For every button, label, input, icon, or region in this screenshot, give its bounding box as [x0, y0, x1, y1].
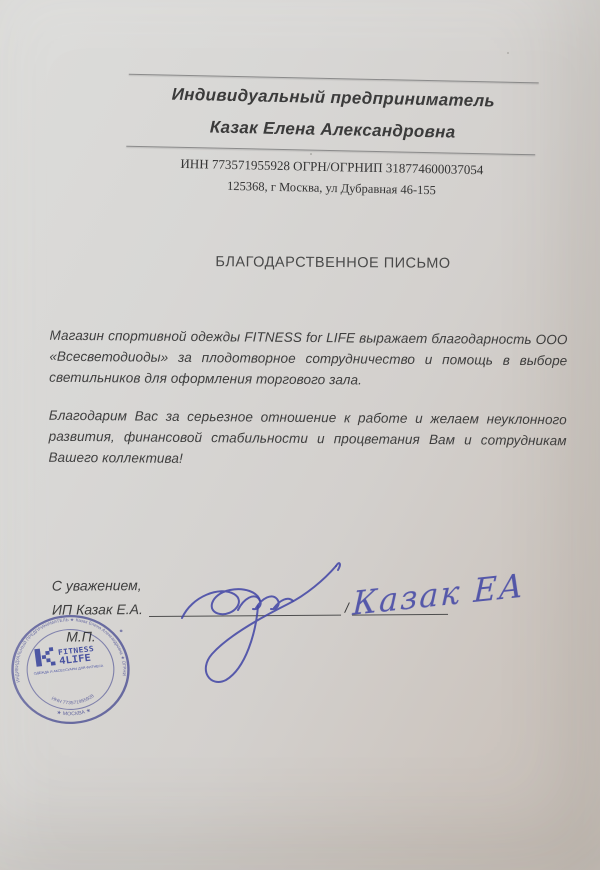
pixel-k-icon: [34, 647, 55, 667]
document-title: БЛАГОДАРСТВЕННОЕ ПИСЬМО: [66, 253, 600, 273]
paragraph-1: Магазин спортивной одежды FITNESS for LI…: [49, 325, 568, 393]
ink-dot: [120, 629, 123, 632]
paragraph-2: Благодарим Вас за серьезное отношение к …: [48, 405, 567, 473]
stamp-logo: FITNESS 4LIFE ОДЕЖДА И АКСЕССУАРЫ ДЛЯ ФИ…: [31, 642, 105, 676]
paper-speck: [310, 153, 312, 155]
letterhead-org-type: Индивидуальный предприниматель: [66, 82, 600, 113]
handwritten-signature: [140, 548, 370, 698]
letter-body: Магазин спортивной одежды FITNESS for LI…: [48, 325, 567, 473]
paper-speck: [507, 52, 509, 54]
letterhead-rule-top: [129, 74, 539, 84]
letter-photo: Индивидуальный предприниматель Казак Еле…: [0, 0, 600, 870]
letterhead-rule-bottom: [126, 146, 535, 156]
letterhead-address: 125368, г Москва, ул Дубравная 46-155: [64, 175, 598, 201]
letterhead-person-name: Казак Елена Александровна: [66, 114, 600, 145]
signature-scribble: [182, 563, 340, 682]
letterhead: Индивидуальный предприниматель Казак Еле…: [0, 0, 600, 226]
company-stamp: ИНДИВИДУАЛЬНЫЙ ПРЕДПРИНИМАТЕЛЬ ★ Казак Е…: [7, 611, 134, 728]
